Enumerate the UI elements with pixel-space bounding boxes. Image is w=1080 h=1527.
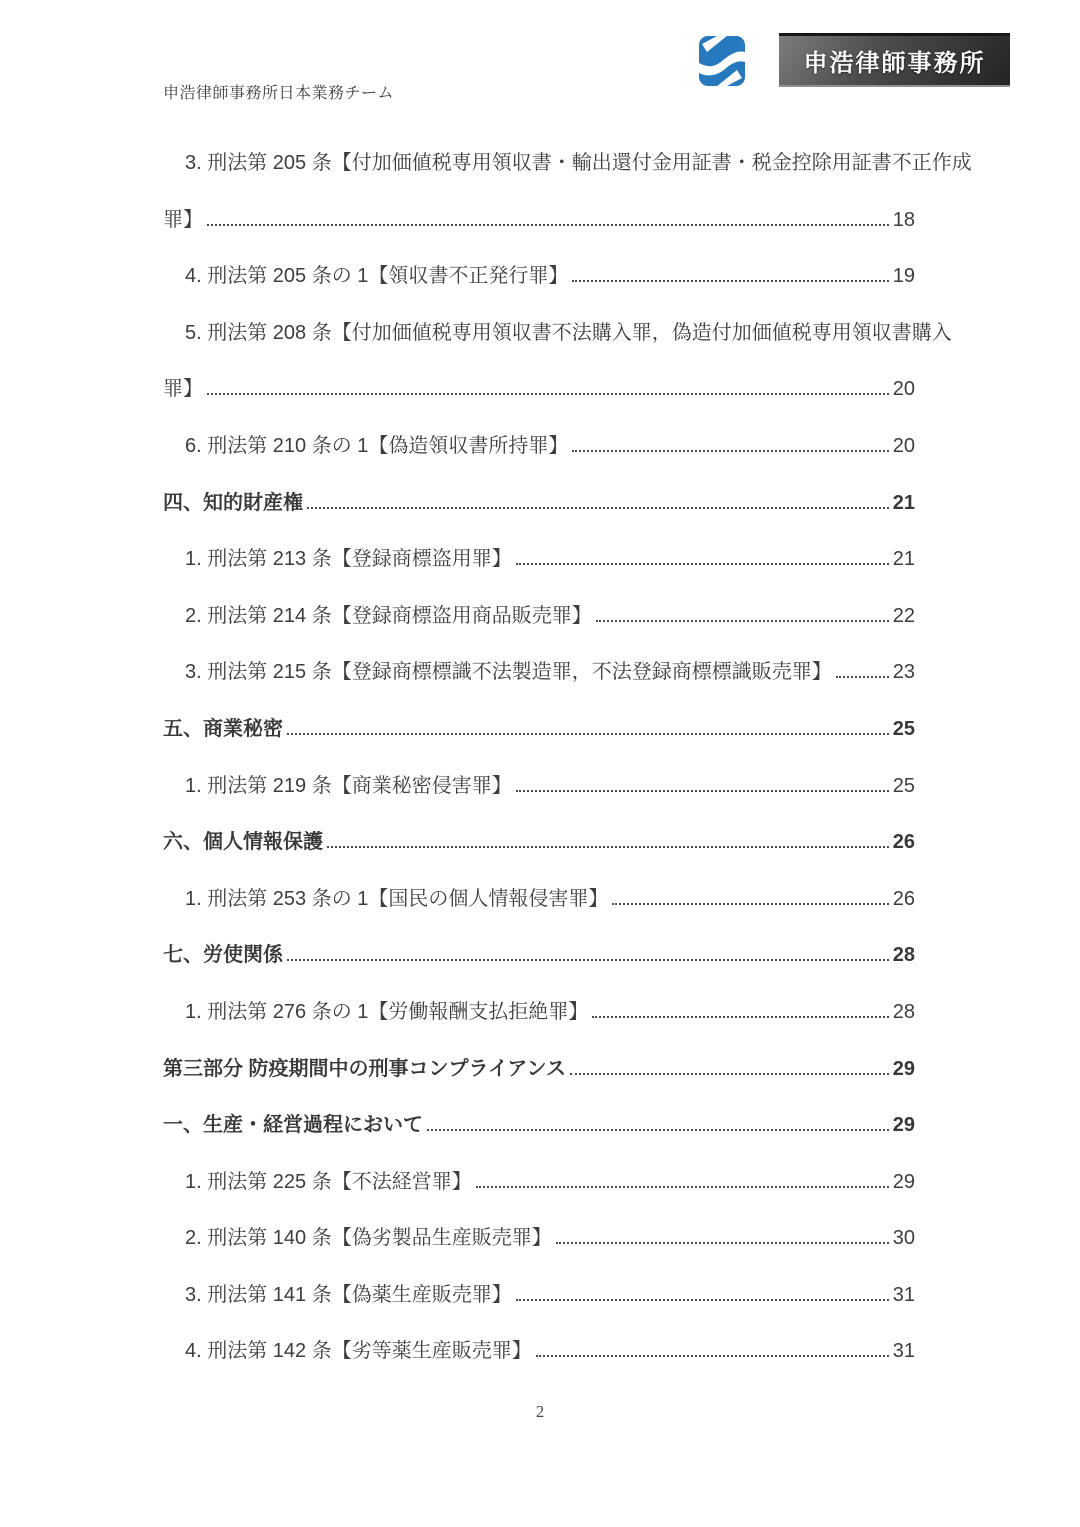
- toc-page-number: 26: [893, 829, 915, 855]
- toc-entry: 4. 刑法第 142 条【劣等薬生産販売罪】 31: [163, 1338, 915, 1395]
- toc-entry-text: 1. 刑法第 276 条の 1【労働報酬支払拒絶罪】: [163, 999, 588, 1025]
- toc-entry-continuation: 罪】 18: [163, 207, 915, 264]
- dot-leader: [287, 959, 889, 961]
- toc-page-number: 19: [893, 263, 915, 289]
- table-of-contents: 3. 刑法第 205 条【付加価値税専用領収書・輸出還付金用証書・税金控除用証書…: [163, 150, 915, 1395]
- dot-leader: [596, 620, 889, 622]
- toc-page-number: 31: [893, 1338, 915, 1364]
- dot-leader: [612, 903, 888, 905]
- dot-leader: [427, 1129, 889, 1131]
- toc-page-number: 30: [893, 1225, 915, 1251]
- firm-name-banner: 申浩律師事務所: [779, 33, 1010, 87]
- dot-leader: [516, 790, 889, 792]
- toc-page-number: 22: [893, 603, 915, 629]
- toc-page-number: 31: [893, 1282, 915, 1308]
- toc-entry-text: 1. 刑法第 213 条【登録商標盗用罪】: [163, 546, 512, 572]
- toc-entry-text: 四、知的財産権: [163, 490, 303, 516]
- toc-entry-text: 4. 刑法第 205 条の 1【領収書不正発行罪】: [163, 263, 568, 289]
- toc-entry-text: 六、個人情報保護: [163, 829, 323, 855]
- toc-entry: 1. 刑法第 225 条【不法経営罪】 29: [163, 1169, 915, 1226]
- toc-entry-text: 1. 刑法第 225 条【不法経営罪】: [163, 1169, 472, 1195]
- toc-entry-text: 6. 刑法第 210 条の 1【偽造領収書所持罪】: [163, 433, 568, 459]
- toc-section-heading: 一、生産・経営過程において 29: [163, 1112, 915, 1169]
- toc-section-heading: 五、商業秘密 25: [163, 716, 915, 773]
- toc-entry-text: 五、商業秘密: [163, 716, 283, 742]
- dot-leader: [207, 393, 889, 395]
- toc-entry-text: 2. 刑法第 214 条【登録商標盗用商品販売罪】: [163, 603, 592, 629]
- toc-entry-text: 罪】: [163, 207, 203, 233]
- toc-page-number: 20: [893, 376, 915, 402]
- toc-page-number: 23: [893, 659, 915, 685]
- dot-leader: [836, 676, 889, 678]
- dot-leader: [592, 1016, 888, 1018]
- toc-entry-text: 5. 刑法第 208 条【付加価値税専用領収書不法購入罪，偽造付加価値税専用領収…: [163, 320, 952, 346]
- toc-entry: 4. 刑法第 205 条の 1【領収書不正発行罪】 19: [163, 263, 915, 320]
- toc-entry: 1. 刑法第 276 条の 1【労働報酬支払拒絶罪】 28: [163, 999, 915, 1056]
- firm-name-label: 申浩律師事務所: [804, 43, 986, 78]
- toc-page-number: 28: [893, 999, 915, 1025]
- dot-leader: [307, 507, 889, 509]
- toc-entry-text: 罪】: [163, 376, 203, 402]
- toc-page-number: 18: [893, 207, 915, 233]
- toc-entry-text: 4. 刑法第 142 条【劣等薬生産販売罪】: [163, 1338, 532, 1364]
- dot-leader: [572, 280, 888, 282]
- toc-entry-text: 1. 刑法第 253 条の 1【国民の個人情報侵害罪】: [163, 886, 608, 912]
- toc-entry: 1. 刑法第 213 条【登録商標盗用罪】 21: [163, 546, 915, 603]
- toc-page-number: 21: [893, 490, 915, 516]
- toc-page-number: 29: [893, 1169, 915, 1195]
- toc-section-heading: 七、労使関係 28: [163, 942, 915, 999]
- toc-entry: 3. 刑法第 141 条【偽薬生産販売罪】 31: [163, 1282, 915, 1339]
- toc-entry: 2. 刑法第 140 条【偽劣製品生産販売罪】 30: [163, 1225, 915, 1282]
- toc-entry: 6. 刑法第 210 条の 1【偽造領収書所持罪】 20: [163, 433, 915, 490]
- toc-page-number: 26: [893, 886, 915, 912]
- dot-leader: [476, 1186, 889, 1188]
- dot-leader: [572, 450, 888, 452]
- toc-page-number: 21: [893, 546, 915, 572]
- toc-section-heading: 六、個人情報保護 26: [163, 829, 915, 886]
- toc-page-number: 20: [893, 433, 915, 459]
- toc-entry-text: 第三部分 防疫期間中の刑事コンプライアンス: [163, 1056, 566, 1082]
- toc-entry-text: 3. 刑法第 215 条【登録商標標識不法製造罪，不法登録商標標識販売罪】: [163, 659, 832, 685]
- toc-entry: 3. 刑法第 215 条【登録商標標識不法製造罪，不法登録商標標識販売罪】 23: [163, 659, 915, 716]
- dot-leader: [556, 1242, 889, 1244]
- toc-page-number: 25: [893, 773, 915, 799]
- toc-entry: 2. 刑法第 214 条【登録商標盗用商品販売罪】 22: [163, 603, 915, 660]
- toc-entry-text: 一、生産・経営過程において: [163, 1112, 423, 1138]
- toc-entry-text: 3. 刑法第 141 条【偽薬生産販売罪】: [163, 1282, 512, 1308]
- toc-entry: 5. 刑法第 208 条【付加価値税専用領収書不法購入罪，偽造付加価値税専用領収…: [163, 320, 915, 377]
- toc-page-number: 25: [893, 716, 915, 742]
- toc-section-heading: 四、知的財産権 21: [163, 490, 915, 547]
- toc-page-number: 29: [893, 1112, 915, 1138]
- dot-leader: [327, 846, 889, 848]
- toc-entry: 1. 刑法第 219 条【商業秘密侵害罪】 25: [163, 773, 915, 830]
- toc-entry-text: 七、労使関係: [163, 942, 283, 968]
- toc-part-heading: 第三部分 防疫期間中の刑事コンプライアンス 29: [163, 1056, 915, 1113]
- toc-entry-text: 3. 刑法第 205 条【付加価値税専用領収書・輸出還付金用証書・税金控除用証書…: [163, 150, 972, 176]
- document-page: 申浩律師事務所日本業務チーム 申浩律師事務所 3. 刑法第 205 条【付加価値…: [0, 0, 1080, 1527]
- toc-entry: 1. 刑法第 253 条の 1【国民の個人情報侵害罪】 26: [163, 886, 915, 943]
- header-team-label: 申浩律師事務所日本業務チーム: [163, 80, 394, 103]
- dot-leader: [570, 1073, 889, 1075]
- dot-leader: [516, 1299, 889, 1301]
- toc-entry-text: 2. 刑法第 140 条【偽劣製品生産販売罪】: [163, 1225, 552, 1251]
- toc-entry: 3. 刑法第 205 条【付加価値税専用領収書・輸出還付金用証書・税金控除用証書…: [163, 150, 915, 207]
- dot-leader: [536, 1355, 889, 1357]
- dot-leader: [287, 733, 889, 735]
- toc-entry-text: 1. 刑法第 219 条【商業秘密侵害罪】: [163, 773, 512, 799]
- toc-page-number: 28: [893, 942, 915, 968]
- dot-leader: [516, 563, 889, 565]
- toc-page-number: 29: [893, 1056, 915, 1082]
- firm-logo-s-swirl-icon: [699, 36, 745, 86]
- dot-leader: [207, 224, 889, 226]
- footer-page-number: 2: [0, 1402, 1080, 1422]
- toc-entry-continuation: 罪】 20: [163, 376, 915, 433]
